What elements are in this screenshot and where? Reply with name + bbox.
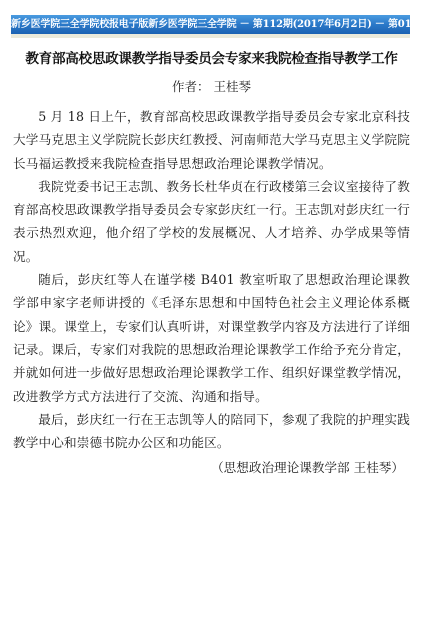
- article-signature: （思想政治理论课教学部 王桂琴）: [13, 456, 410, 479]
- paragraph-reception: 我院党委书记王志凯、教务长杜华贞在行政楼第三会议室接待了教育部高校思政课教学指导…: [13, 175, 410, 268]
- banner-underline-strip: [11, 34, 410, 38]
- author-label: 作者：: [172, 79, 210, 94]
- paragraph-class-observation: 随后，彭庆红等人在谨学楼 B401 教室听取了思想政治理论课教学部申家字老师讲授…: [13, 268, 410, 408]
- article-byline: 作者：王桂琴: [13, 77, 410, 97]
- article-title: 教育部高校思政课教学指导委员会专家来我院检查指导教学工作: [13, 48, 410, 70]
- banner-text: 新乡医学院三全学院校报电子版新乡医学院三全学院 － 第112期(2017年6月2…: [11, 19, 410, 30]
- article: 教育部高校思政课教学指导委员会专家来我院检查指导教学工作 作者：王桂琴 5 月 …: [13, 40, 410, 480]
- paragraph-campus-tour: 最后，彭庆红一行在王志凯等人的陪同下，参观了我院的护理实践教学中心和崇德书院办公…: [13, 408, 410, 455]
- author-name: 王桂琴: [214, 79, 252, 94]
- article-body: 5 月 18 日上午，教育部高校思政课教学指导委员会专家北京科技大学马克思主义学…: [13, 105, 410, 454]
- newspaper-banner: 新乡医学院三全学院校报电子版新乡医学院三全学院 － 第112期(2017年6月2…: [11, 15, 410, 34]
- paragraph-visit-intro: 5 月 18 日上午，教育部高校思政课教学指导委员会专家北京科技大学马克思主义学…: [13, 105, 410, 175]
